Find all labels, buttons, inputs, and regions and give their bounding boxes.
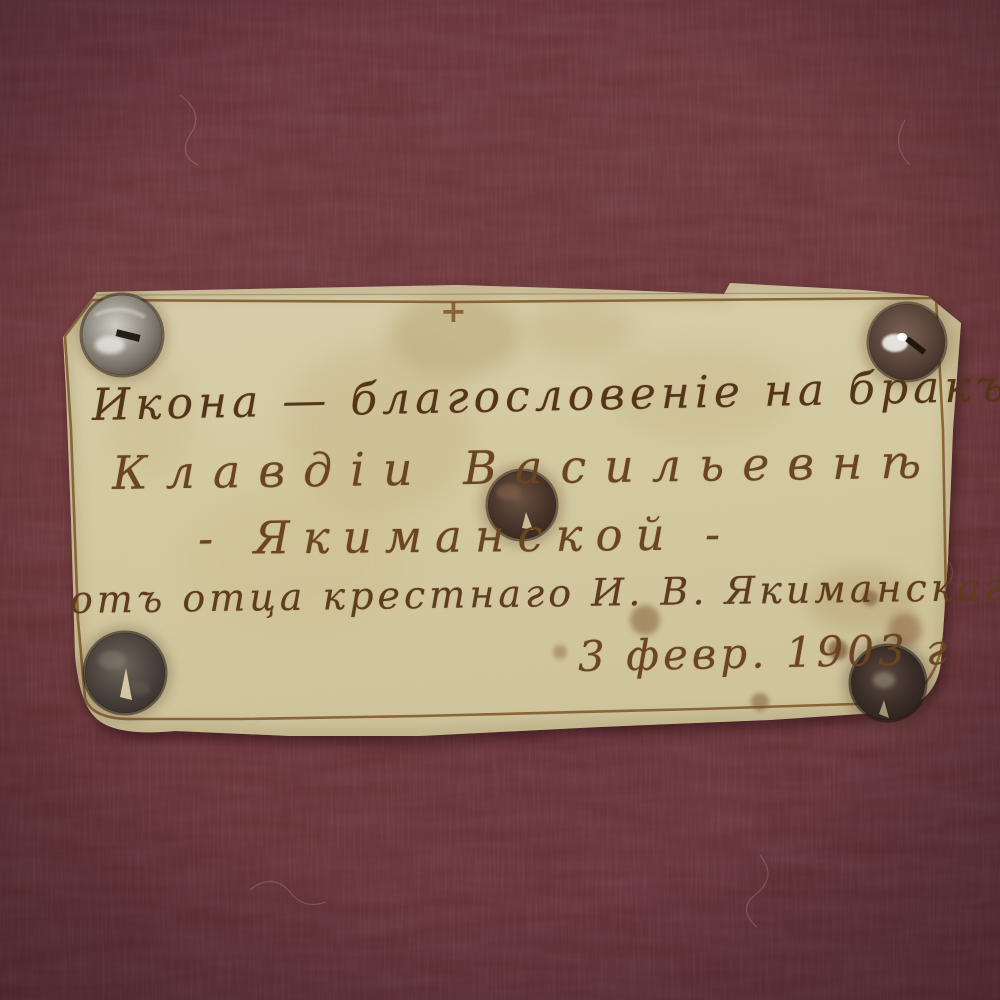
tack-icon-bottom-right <box>844 639 932 727</box>
photo-of-icon-back-label: + Икона — благословеніе на бракъ Клавдіи… <box>0 0 1000 1000</box>
photo-canvas <box>0 0 1000 1000</box>
tack-icon-top-right <box>862 297 952 387</box>
tack-icon-bottom-left <box>79 627 171 719</box>
tack-icon-center <box>481 464 563 546</box>
tack-icon-top-left <box>76 289 168 381</box>
